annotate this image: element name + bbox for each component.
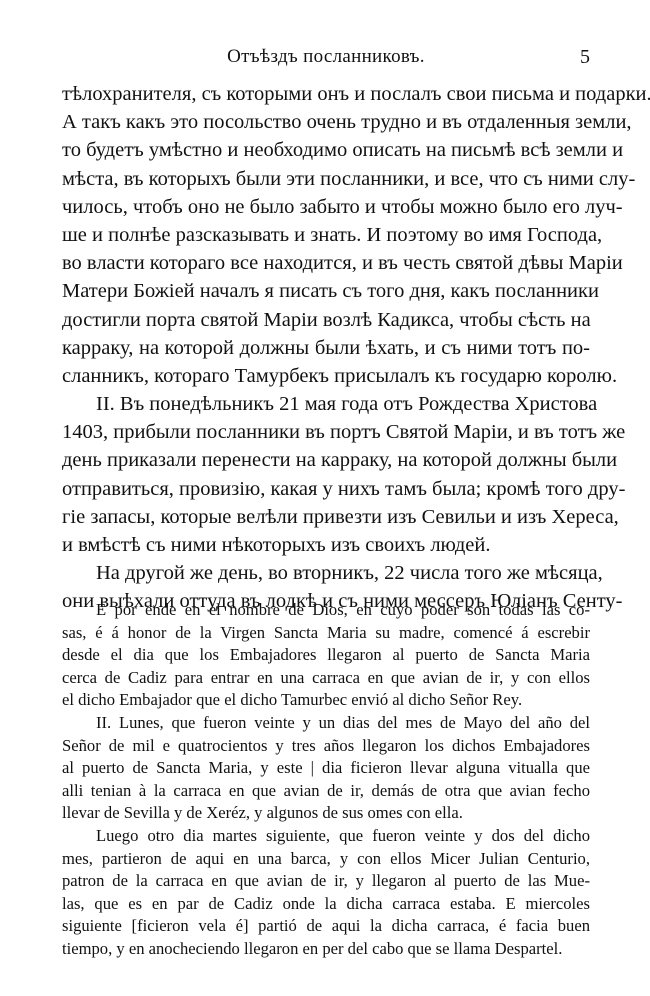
text-line: siguiente [ficieron vela é] partió de aq… [62,915,590,938]
text-line: alli tenian à la carraca en que avian de… [62,780,590,803]
text-line: sas, é á honor de la Virgen Sancta Maria… [62,622,590,645]
text-line: достигли порта святой Маріи возлѣ Кадикс… [62,306,590,334]
text-line: ше и полнѣе разсказывать и знать. И поэт… [62,221,590,249]
text-line: день приказали перенести на карраку, на … [62,446,590,474]
text-line: II. Въ понедѣльникъ 21 мая года отъ Рожд… [62,390,590,418]
text-line: 1403, прибыли посланники въ портъ Святой… [62,418,590,446]
text-line: desde el dia que los Embajadores llegaro… [62,644,590,667]
text-line: Матери Божіей началъ я писать съ того дн… [62,277,590,305]
text-line: тѣлохранителя, съ которыми онъ и послалъ… [62,80,590,108]
footnote-paragraph: E por ende en el nombre de Dios, en cuyo… [62,599,590,712]
text-line: На другой же день, во вторникъ, 22 числа… [62,559,590,587]
text-line: карраку, на которой должны были ѣхать, и… [62,334,590,362]
text-line: и вмѣстѣ съ ними нѣкоторыхъ изъ своихъ л… [62,531,590,559]
book-page: Отъѣздъ посланниковъ. 5 тѣлохранителя, с… [0,0,650,996]
text-line: al puerto de Sancta Maria, y este | dia … [62,757,590,780]
text-line: Señor de mil e quatrocientos y tres años… [62,735,590,758]
text-line: mes, partieron de aqui en una barca, y c… [62,848,590,871]
text-line: мѣста, въ которыхъ были эти посланники, … [62,165,590,193]
text-line: во власти котораго все находится, и въ ч… [62,249,590,277]
text-line: el dicho Embajador que el dicho Tamurbec… [62,689,590,712]
text-line: E por ende en el nombre de Dios, en cuyo… [62,599,590,622]
text-line: А такъ какъ это посольство очень трудно … [62,108,590,136]
footnote-text-spanish: E por ende en el nombre de Dios, en cuyo… [62,599,590,961]
paragraph: II. Въ понедѣльникъ 21 мая года отъ Рожд… [62,390,590,559]
text-line: сланникъ, котораго Тамурбекъ присылалъ к… [62,362,590,390]
running-header: Отъѣздъ посланниковъ. 5 [62,46,590,72]
text-line: отправиться, провизію, какая у нихъ тамъ… [62,475,590,503]
footnote-paragraph: II. Lunes, que fueron veinte y un dias d… [62,712,590,825]
paragraph: тѣлохранителя, съ которыми онъ и послалъ… [62,80,590,390]
main-text-russian: тѣлохранителя, съ которыми онъ и послалъ… [62,80,590,616]
page-number: 5 [580,46,590,69]
text-line: то будетъ умѣстно и необходимо описать н… [62,136,590,164]
text-line: patron de la carraca en que avian de ir,… [62,870,590,893]
text-line: las, que es en par de Cadiz onde la dich… [62,893,590,916]
text-line: tiempo, y en anocheciendo llegaron en pe… [62,938,590,961]
text-line: II. Lunes, que fueron veinte y un dias d… [62,712,590,735]
text-line: llevar de Sevilla y de Xeréz, y algunos … [62,802,590,825]
text-line: cerca de Cadiz para entrar en una carrac… [62,667,590,690]
text-line: гіе запасы, которые велѣли привезти изъ … [62,503,590,531]
text-line: чилось, чтобъ оно не было забыто и чтобы… [62,193,590,221]
running-title: Отъѣздъ посланниковъ. [62,46,590,68]
footnote-paragraph: Luego otro dia martes siguiente, que fue… [62,825,590,961]
text-line: Luego otro dia martes siguiente, que fue… [62,825,590,848]
